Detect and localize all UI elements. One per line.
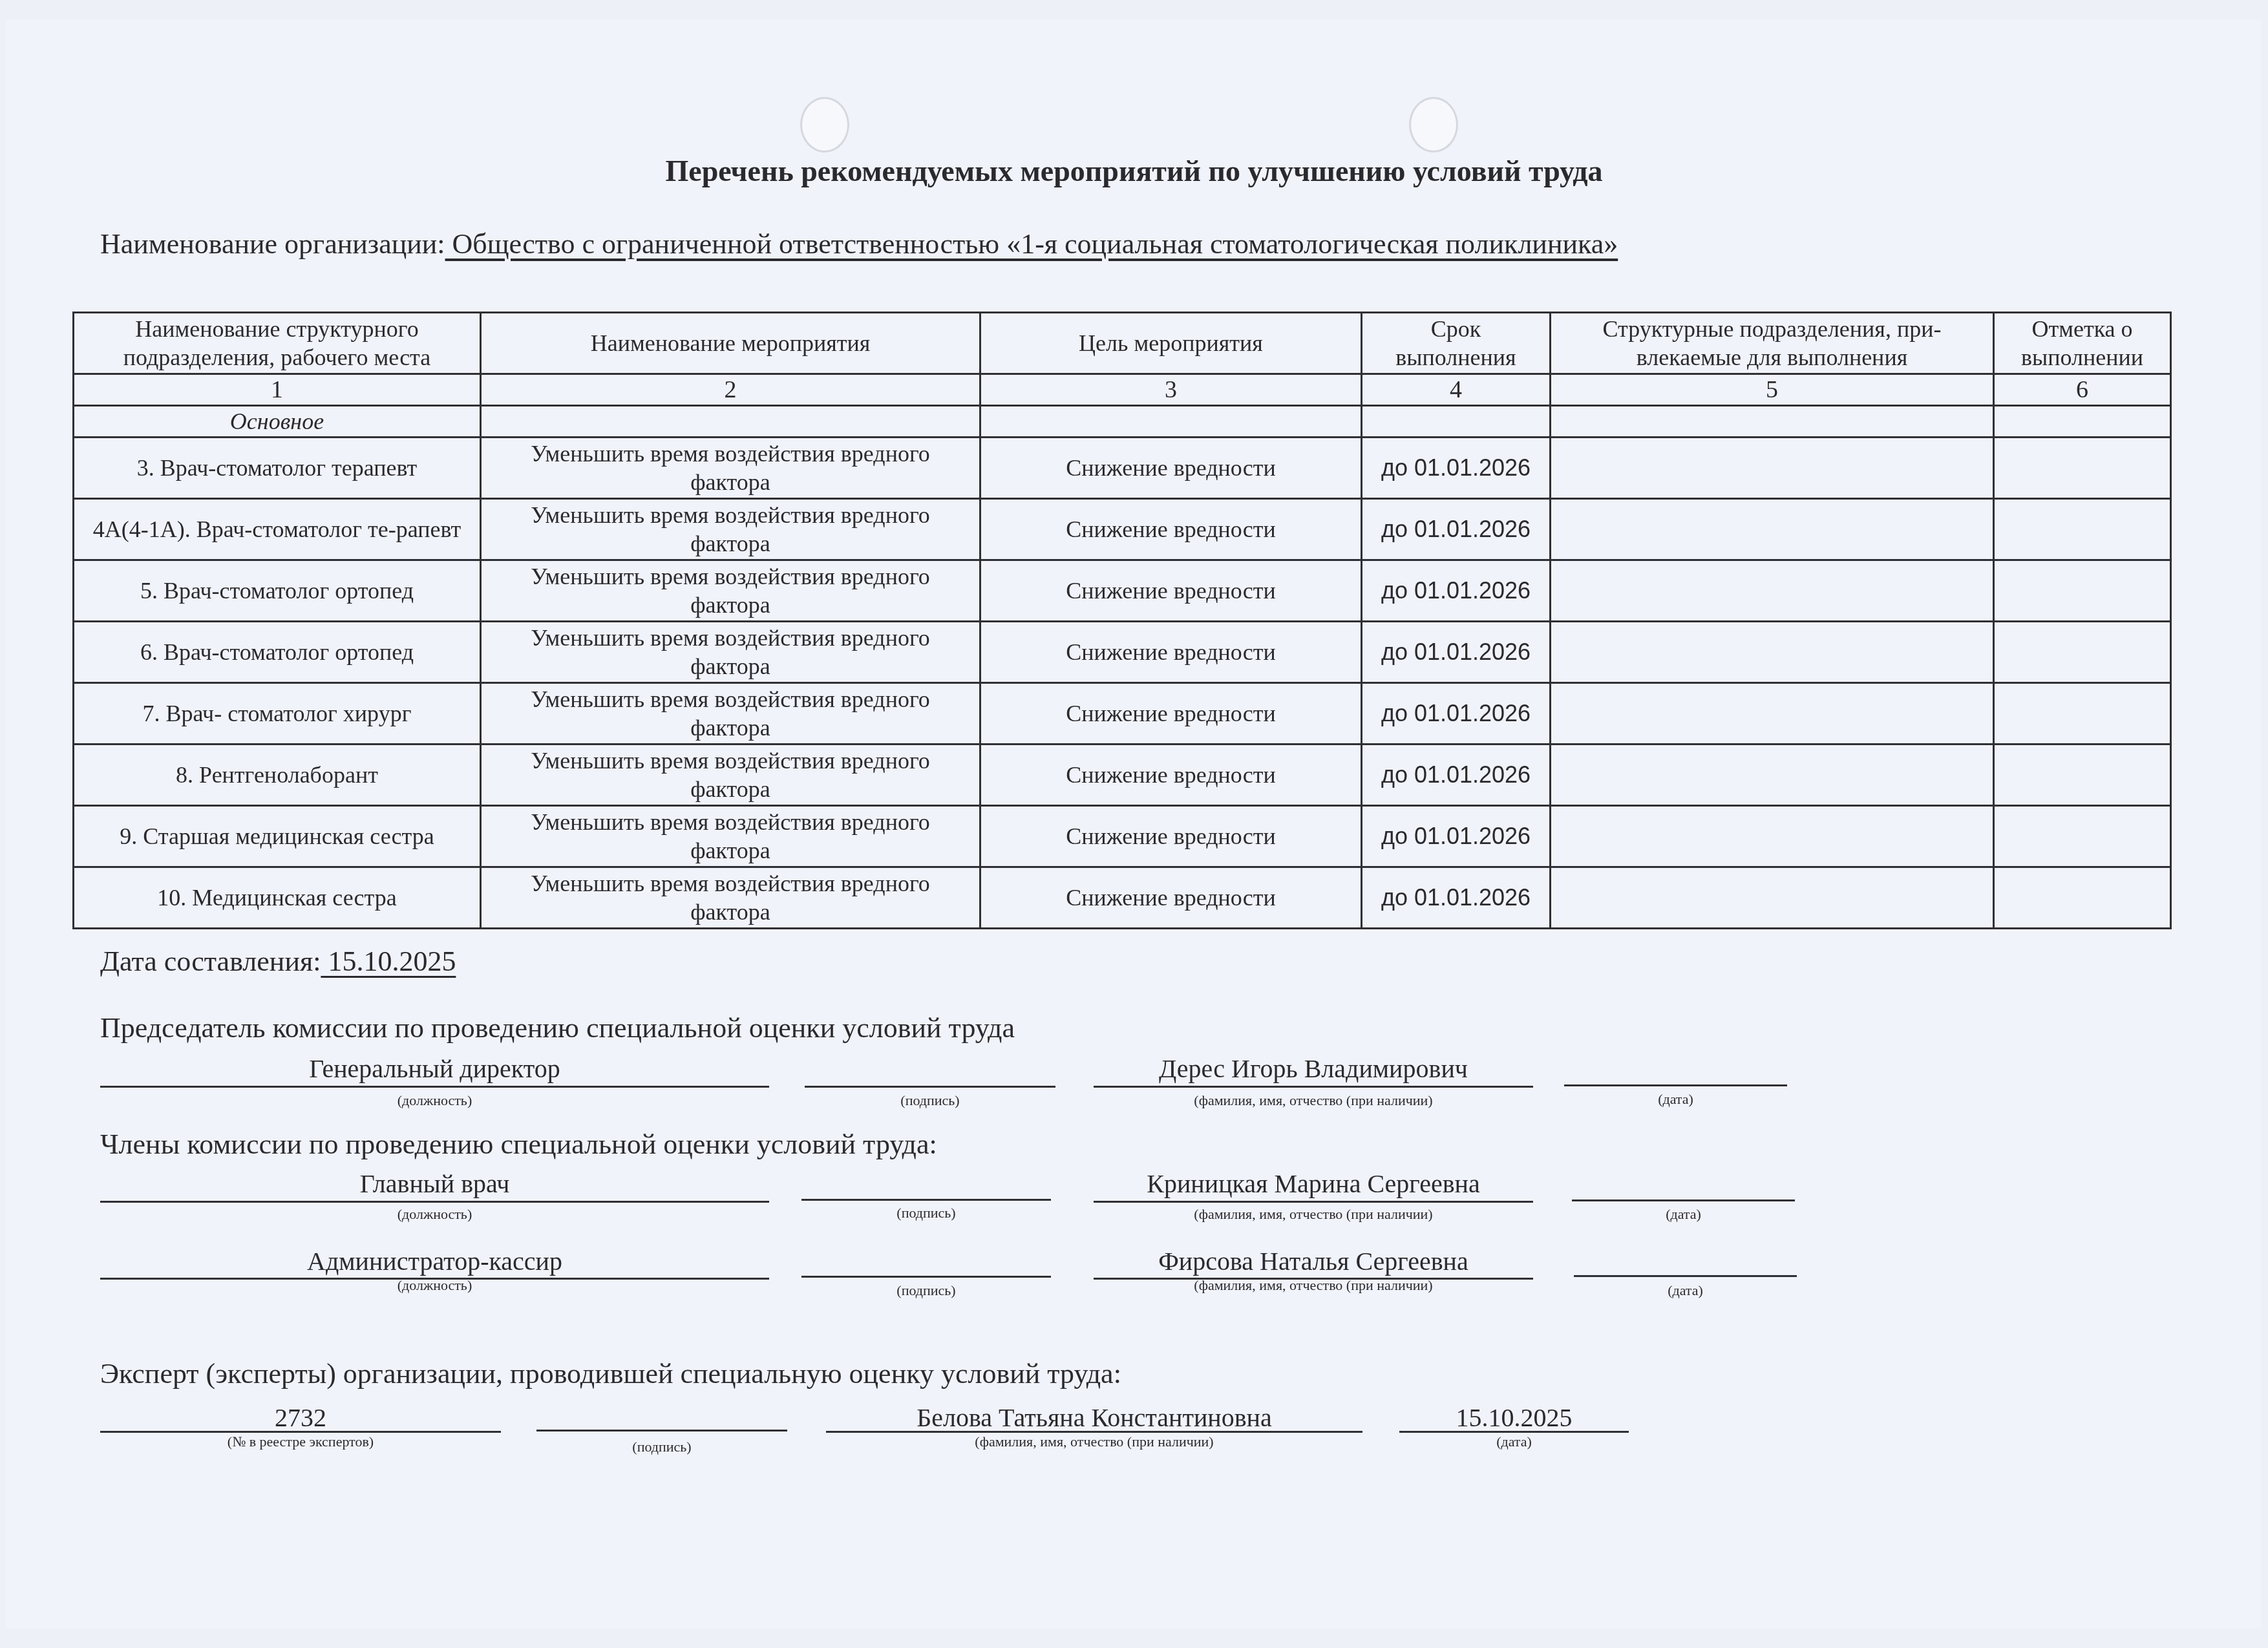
place-cell: 10. Медицинская сестра	[74, 867, 481, 929]
goal-cell: Снижение вредности	[980, 683, 1362, 745]
mark-cell	[1994, 806, 2171, 867]
place-cell: 7. Врач- стоматолог хирург	[74, 683, 481, 745]
signature-line	[801, 1199, 1051, 1201]
organization-label: Наименование организации:	[100, 228, 445, 260]
place-cell: 5. Врач-стоматолог ортопед	[74, 560, 481, 622]
members-heading: Члены комиссии по проведению специальной…	[100, 1128, 937, 1161]
deadline-cell: до 01.01.2026	[1362, 438, 1551, 499]
punch-hole	[1409, 97, 1458, 153]
fio-caption: (фамилия, имя, отчество (при наличии)	[1094, 1206, 1533, 1223]
deadline-cell: до 01.01.2026	[1362, 560, 1551, 622]
table-row: 9. Старшая медицинская сестраУменьшить в…	[74, 806, 2171, 867]
position-caption: (должность)	[100, 1206, 769, 1223]
deadline-cell: до 01.01.2026	[1362, 806, 1551, 867]
member-name: Криницкая Марина Сергеевна	[1094, 1168, 1533, 1199]
table-header-row: Наименование структурного подразделения,…	[74, 313, 2171, 374]
header-mark: Отметка о выполнении	[1994, 313, 2171, 374]
column-number: 5	[1551, 374, 1994, 406]
mark-cell	[1994, 745, 2171, 806]
date-caption: (дата)	[1399, 1433, 1629, 1450]
units-cell	[1551, 683, 1994, 745]
column-number: 4	[1362, 374, 1551, 406]
position-line	[100, 1086, 769, 1088]
place-cell: 8. Рентгенолаборант	[74, 745, 481, 806]
registry-caption: (№ в реестре экспертов)	[100, 1433, 501, 1450]
table-row: 7. Врач- стоматолог хирургУменьшить врем…	[74, 683, 2171, 745]
measure-cell: Уменьшить время воздействия вредного фак…	[481, 867, 980, 929]
units-cell	[1551, 867, 1994, 929]
fio-line	[1094, 1086, 1533, 1088]
goal-cell: Снижение вредности	[980, 438, 1362, 499]
units-cell	[1551, 560, 1994, 622]
signature-caption: (подпись)	[805, 1092, 1055, 1109]
table-row: 8. РентгенолаборантУменьшить время возде…	[74, 745, 2171, 806]
member-position: Главный врач	[100, 1168, 769, 1199]
signature-caption: (подпись)	[801, 1205, 1051, 1221]
deadline-cell: до 01.01.2026	[1362, 867, 1551, 929]
mark-cell	[1994, 438, 2171, 499]
member-position: Администратор-кассир	[100, 1246, 769, 1276]
place-cell: 3. Врач-стоматолог терапевт	[74, 438, 481, 499]
position-line	[100, 1201, 769, 1203]
table-row: 4А(4-1А). Врач-стоматолог те-рапевтУмень…	[74, 499, 2171, 560]
header-goal: Цель мероприятия	[980, 313, 1362, 374]
date-line	[1572, 1199, 1795, 1201]
table-row: 5. Врач-стоматолог ортопедУменьшить врем…	[74, 560, 2171, 622]
units-cell	[1551, 622, 1994, 683]
registry-line	[100, 1431, 501, 1433]
place-cell: 6. Врач-стоматолог ортопед	[74, 622, 481, 683]
place-cell: 9. Старшая медицинская сестра	[74, 806, 481, 867]
fio-caption: (фамилия, имя, отчество (при наличии)	[1094, 1277, 1533, 1294]
expert-heading: Эксперт (эксперты) организации, проводив…	[100, 1357, 1121, 1390]
goal-cell: Снижение вредности	[980, 806, 1362, 867]
deadline-cell: до 01.01.2026	[1362, 745, 1551, 806]
measure-cell: Уменьшить время воздействия вредного фак…	[481, 745, 980, 806]
header-measure: Наименование мероприятия	[481, 313, 980, 374]
header-deadline: Срок выполнения	[1362, 313, 1551, 374]
document-title: Перечень рекомендуемых мероприятий по ул…	[0, 154, 2268, 188]
organization-line: Наименование организации: Общество с огр…	[100, 227, 1618, 260]
section-row: Основное	[74, 406, 2171, 438]
expert-date: 15.10.2025	[1399, 1402, 1629, 1433]
column-number-row: 1 2 3 4 5 6	[74, 374, 2171, 406]
goal-cell: Снижение вредности	[980, 867, 1362, 929]
table-row: 3. Врач-стоматолог терапевтУменьшить вре…	[74, 438, 2171, 499]
date-caption: (дата)	[1572, 1206, 1795, 1223]
date-caption: (дата)	[1564, 1091, 1787, 1108]
signature-line	[801, 1276, 1051, 1278]
goal-cell: Снижение вредности	[980, 499, 1362, 560]
punch-hole	[800, 97, 849, 153]
fio-line	[1094, 1201, 1533, 1203]
organization-name: Общество с ограниченной ответственностью…	[445, 228, 1618, 260]
section-label: Основное	[74, 406, 481, 438]
date-line	[1574, 1275, 1797, 1277]
date-caption: (дата)	[1574, 1282, 1797, 1299]
measure-cell: Уменьшить время воздействия вредного фак…	[481, 438, 980, 499]
compiled-date-label: Дата составления:	[100, 945, 321, 977]
goal-cell: Снижение вредности	[980, 745, 1362, 806]
chairman-position: Генеральный директор	[100, 1053, 769, 1084]
mark-cell	[1994, 622, 2171, 683]
table-row: 6. Врач-стоматолог ортопедУменьшить врем…	[74, 622, 2171, 683]
compiled-date-line: Дата составления: 15.10.2025	[100, 945, 456, 978]
member-name: Фирсова Наталья Сергеевна	[1094, 1246, 1533, 1276]
header-units: Структурные подразделения, при-влекаемые…	[1551, 313, 1994, 374]
deadline-cell: до 01.01.2026	[1362, 622, 1551, 683]
measure-cell: Уменьшить время воздействия вредного фак…	[481, 499, 980, 560]
column-number: 2	[481, 374, 980, 406]
signature-line	[536, 1430, 787, 1431]
fio-line	[826, 1431, 1362, 1433]
goal-cell: Снижение вредности	[980, 560, 1362, 622]
position-caption: (должность)	[100, 1277, 769, 1294]
date-line	[1399, 1431, 1629, 1433]
expert-registry-number: 2732	[100, 1402, 501, 1433]
position-caption: (должность)	[100, 1092, 769, 1109]
mark-cell	[1994, 499, 2171, 560]
measure-cell: Уменьшить время воздействия вредного фак…	[481, 560, 980, 622]
mark-cell	[1994, 867, 2171, 929]
signature-line	[805, 1086, 1055, 1088]
signature-caption: (подпись)	[536, 1439, 787, 1455]
measures-table: Наименование структурного подразделения,…	[72, 312, 2172, 929]
goal-cell: Снижение вредности	[980, 622, 1362, 683]
fio-caption: (фамилия, имя, отчество (при наличии)	[1094, 1092, 1533, 1109]
column-number: 3	[980, 374, 1362, 406]
mark-cell	[1994, 683, 2171, 745]
units-cell	[1551, 499, 1994, 560]
compiled-date-value: 15.10.2025	[321, 945, 456, 977]
measure-cell: Уменьшить время воздействия вредного фак…	[481, 806, 980, 867]
units-cell	[1551, 745, 1994, 806]
signature-caption: (подпись)	[801, 1282, 1051, 1299]
deadline-cell: до 01.01.2026	[1362, 499, 1551, 560]
column-number: 1	[74, 374, 481, 406]
chairman-name: Дерес Игорь Владимирович	[1094, 1053, 1533, 1084]
column-number: 6	[1994, 374, 2171, 406]
units-cell	[1551, 806, 1994, 867]
date-line	[1564, 1084, 1787, 1086]
table-row: 10. Медицинская сестраУменьшить время во…	[74, 867, 2171, 929]
measure-cell: Уменьшить время воздействия вредного фак…	[481, 683, 980, 745]
mark-cell	[1994, 560, 2171, 622]
measure-cell: Уменьшить время воздействия вредного фак…	[481, 622, 980, 683]
place-cell: 4А(4-1А). Врач-стоматолог те-рапевт	[74, 499, 481, 560]
chairman-heading: Председатель комиссии по проведению спец…	[100, 1011, 1015, 1044]
expert-name: Белова Татьяна Константиновна	[826, 1402, 1362, 1433]
deadline-cell: до 01.01.2026	[1362, 683, 1551, 745]
header-place: Наименование структурного подразделения,…	[74, 313, 481, 374]
units-cell	[1551, 438, 1994, 499]
fio-caption: (фамилия, имя, отчество (при наличии)	[826, 1433, 1362, 1450]
